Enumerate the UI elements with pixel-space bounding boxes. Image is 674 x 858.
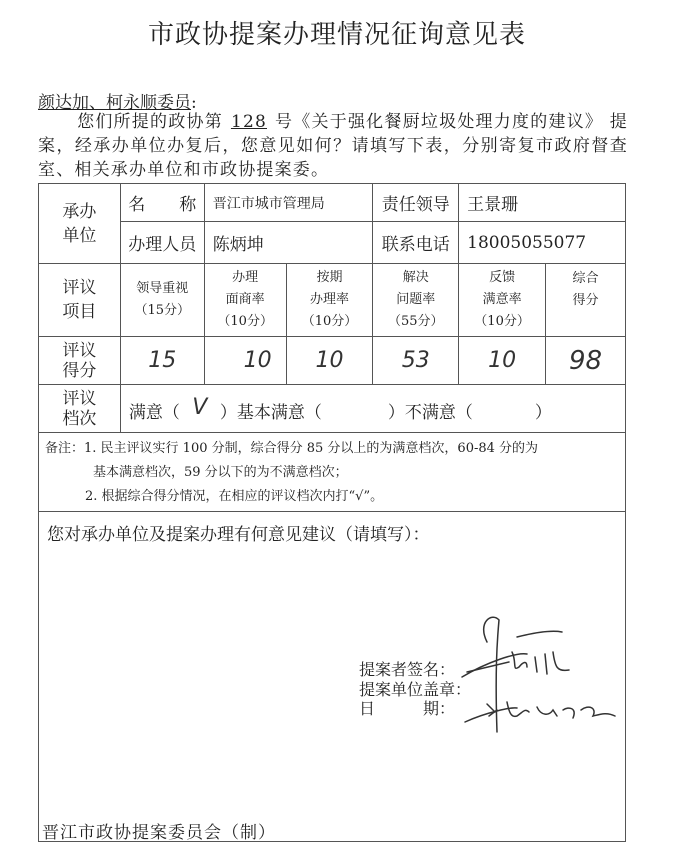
item-meeting-rate: 办理面商率（10分） <box>204 264 286 337</box>
opinion-box[interactable]: 您对承办单位及提案办理有何意见建议（请填写）： 提案者签名： 提案单位盖章： 日… <box>39 512 626 842</box>
unit-row-label: 承办单位 <box>39 184 121 264</box>
score-ontime-rate[interactable]: 10 <box>286 337 373 385</box>
signature-label: 提案者签名： <box>359 660 455 679</box>
phone-value: 18005055077 <box>459 222 626 264</box>
notes: 备注：1. 民主评议实行 100 分制，综合得分 85 分以上的为满意档次，60… <box>39 433 626 512</box>
score-feedback-rate[interactable]: 10 <box>459 337 546 385</box>
handwritten-signature <box>457 612 637 742</box>
date-label: 日 期： <box>359 699 455 718</box>
opinion-prompt: 您对承办单位及提案办理有何意见建议（请填写）： <box>47 520 617 545</box>
handler-label: 办理人员 <box>120 222 204 264</box>
name-label: 名 称 <box>120 184 204 222</box>
items-label: 评议项目 <box>39 264 121 337</box>
evaluation-form-table: 承办单位 名 称 晋江市城市管理局 责任领导 王景珊 办理人员 陈炳坤 联系电话… <box>38 183 626 842</box>
item-leadership: 领导重视（15分） <box>120 264 204 337</box>
satisfied-checkmark[interactable]: V <box>180 395 220 420</box>
item-ontime-rate: 按期办理率（10分） <box>286 264 373 337</box>
score-label: 评议得分 <box>39 337 121 385</box>
leader-value: 王景珊 <box>459 184 626 222</box>
score-total[interactable]: 98 <box>546 337 626 385</box>
leader-label: 责任领导 <box>373 184 459 222</box>
intro-paragraph: 您们所提的政协第128号《关于强化餐厨垃圾处理力度的建议》 提案，经承办单位办复… <box>38 110 628 182</box>
grade-options: 满意（V）基本满意（）不满意（） <box>120 385 625 433</box>
item-resolution-rate: 解决问题率（55分） <box>373 264 459 337</box>
footer-issuer: 晋江市政协提案委员会（制） <box>42 818 276 843</box>
score-meeting-rate[interactable]: 10 <box>204 337 286 385</box>
unit-name-value: 晋江市城市管理局 <box>204 184 373 222</box>
proposal-number: 128 <box>223 112 275 132</box>
document-title: 市政协提案办理情况征询意见表 <box>0 14 674 51</box>
score-resolution-rate[interactable]: 53 <box>373 337 459 385</box>
score-leadership[interactable]: 15 <box>120 337 204 385</box>
handler-value: 陈炳坤 <box>204 222 373 264</box>
item-feedback-rate: 反馈满意率（10分） <box>459 264 546 337</box>
seal-label: 提案单位盖章： <box>359 680 471 699</box>
grade-label: 评议档次 <box>39 385 121 433</box>
phone-label: 联系电话 <box>373 222 459 264</box>
item-total-score: 综合得分 <box>546 264 626 337</box>
